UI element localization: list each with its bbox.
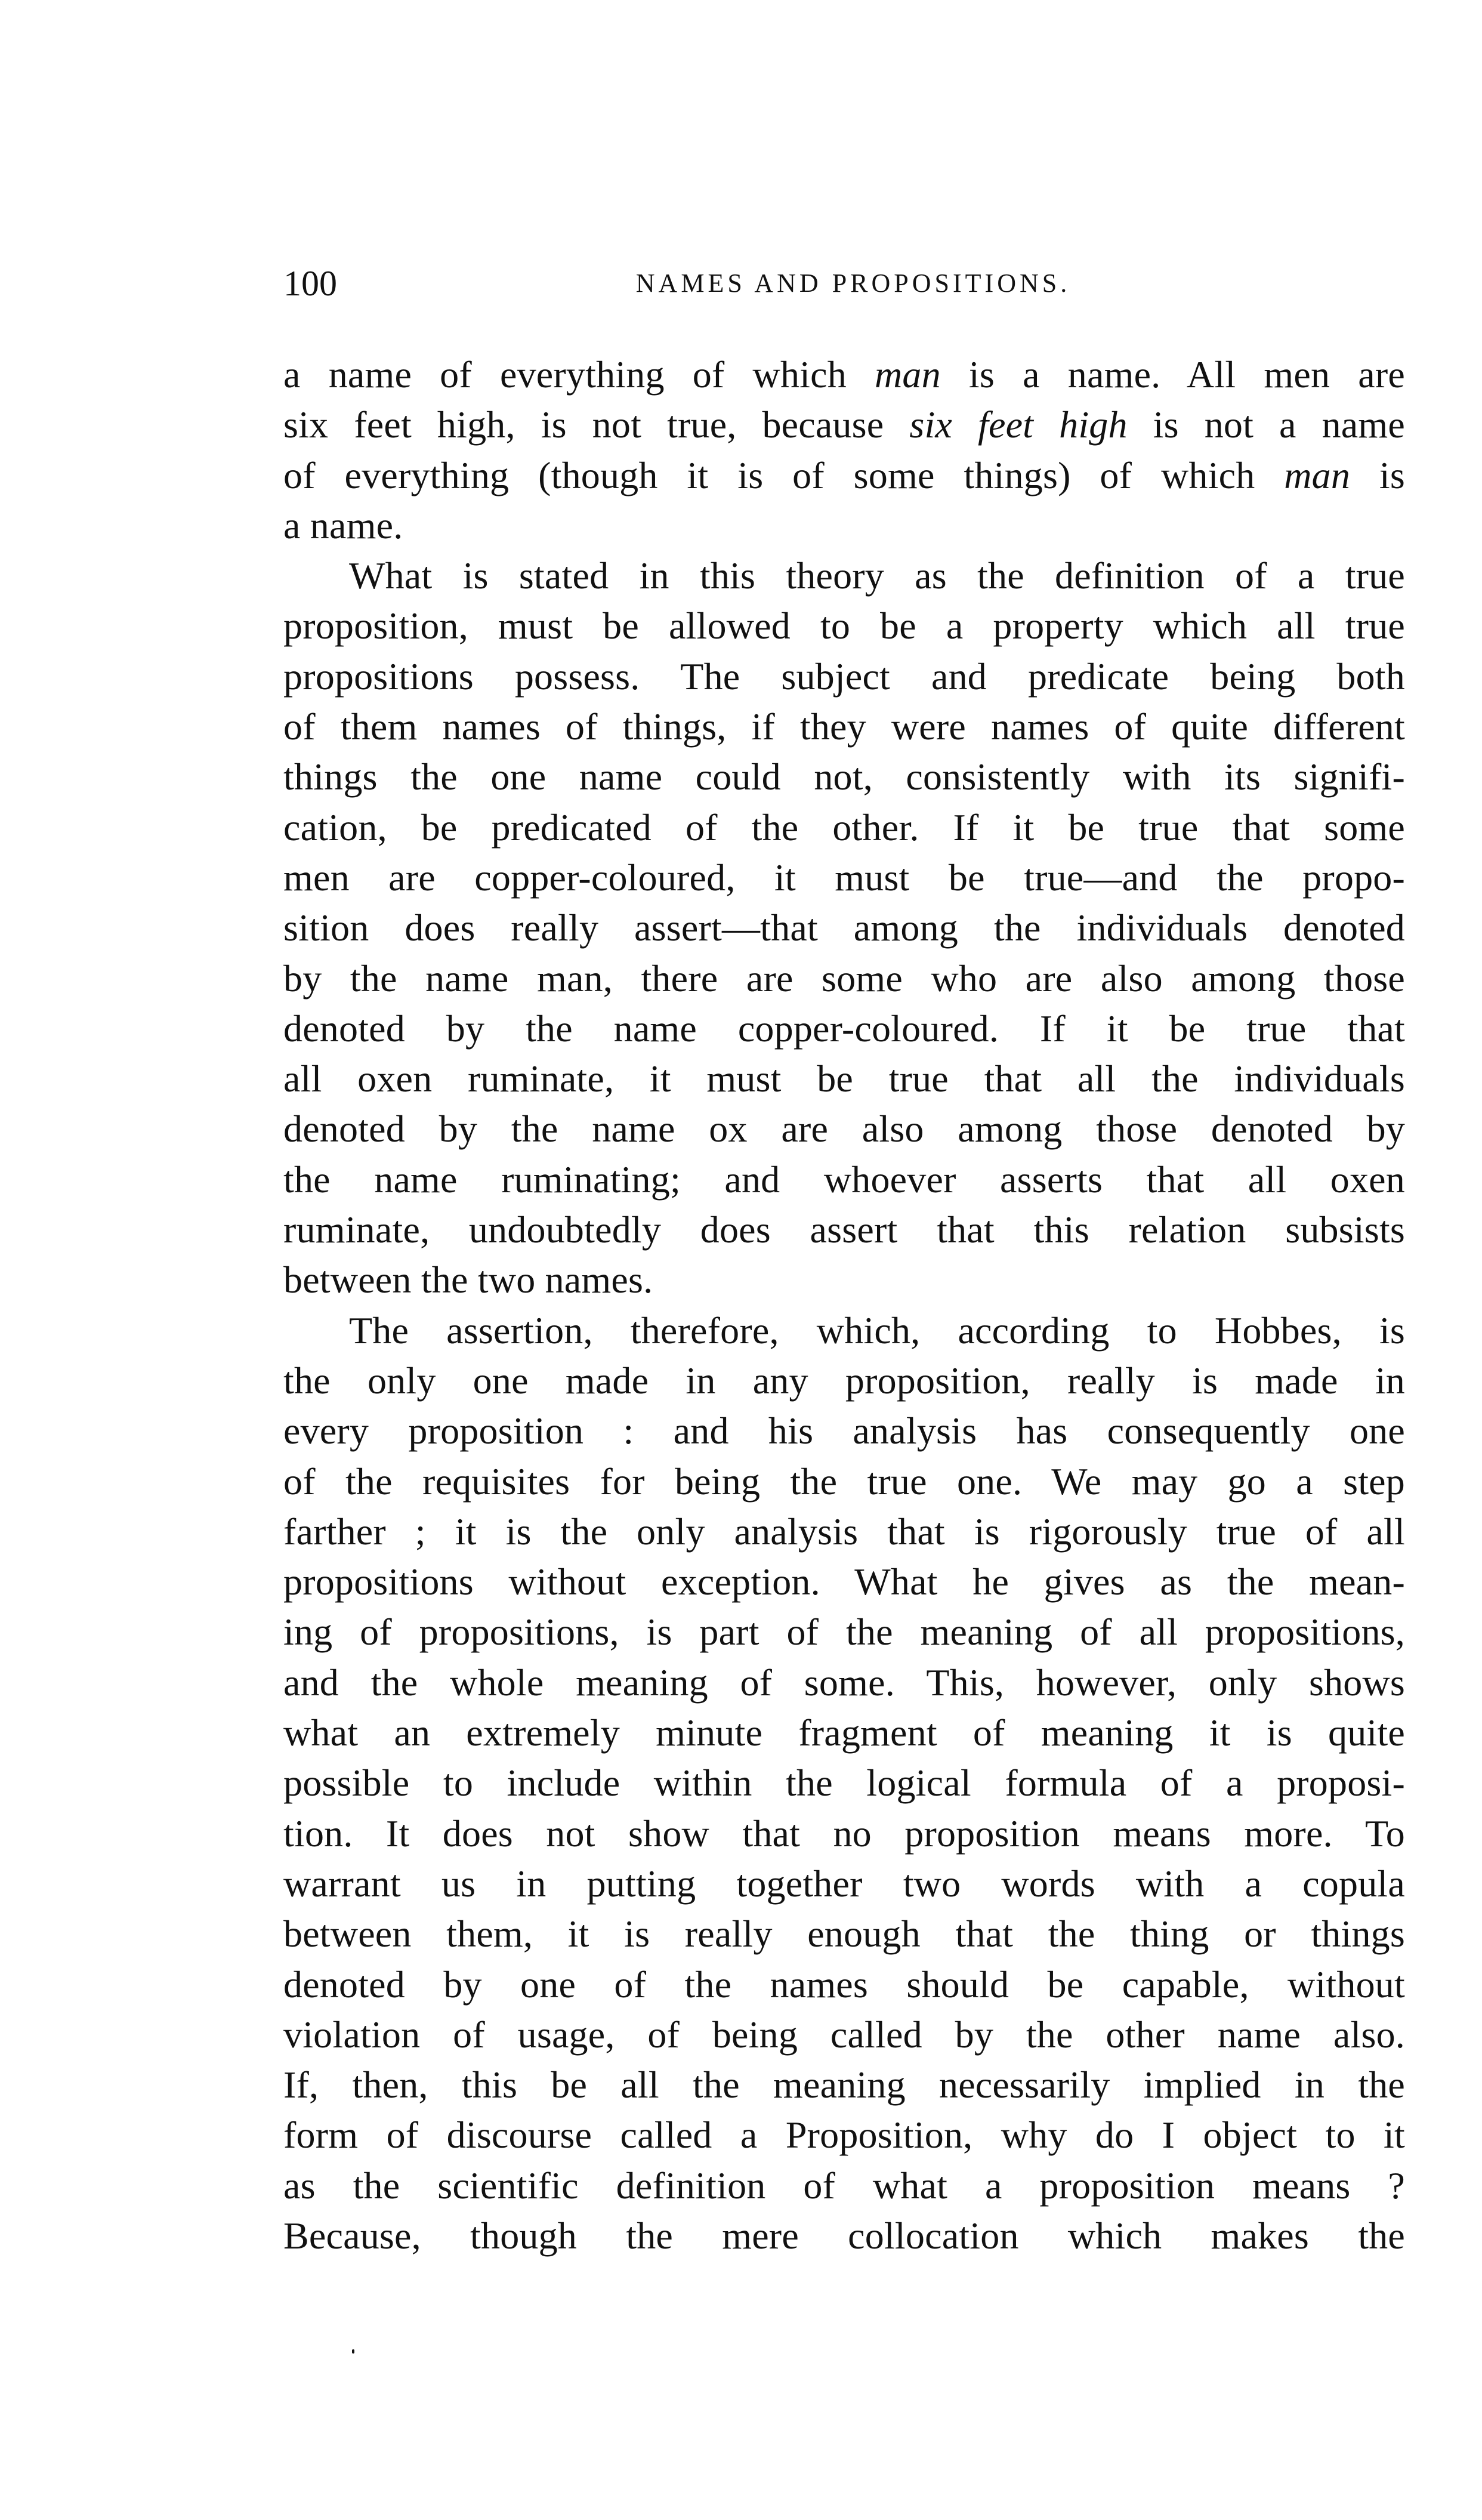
text-run: propositions possess. The subject and pr… (283, 655, 1405, 698)
text-run: ruminate, undoubtedly does assert that t… (283, 1208, 1405, 1251)
text-line: men are copper-coloured, it must be true… (283, 853, 1405, 903)
text-run: The assertion, therefore, which, accordi… (349, 1309, 1405, 1352)
text-run: what an extremely minute fragment of mea… (283, 1711, 1405, 1754)
text-line: possible to include within the logical f… (283, 1758, 1405, 1808)
text-run: is (1350, 454, 1405, 496)
body-text: a name of everything of which man is a n… (283, 350, 1405, 2261)
text-run: tion. It does not show that no propositi… (283, 1812, 1405, 1855)
paragraph: What is stated in this theory as the def… (283, 551, 1405, 1305)
italic-term: man (1284, 454, 1350, 496)
text-run: denoted by one of the names should be ca… (283, 1963, 1405, 2006)
text-line: the only one made in any proposition, re… (283, 1356, 1405, 1406)
text-line: ruminate, undoubtedly does assert that t… (283, 1205, 1405, 1255)
text-line: and the whole meaning of some. This, how… (283, 1658, 1405, 1708)
text-line: of the requisites for being the true one… (283, 1457, 1405, 1507)
running-head: 100 NAMES AND PROPOSITIONS. (283, 257, 1405, 310)
text-run: men are copper-coloured, it must be true… (283, 856, 1405, 899)
text-line: by the name man, there are some who are … (283, 954, 1405, 1004)
text-run: by the name man, there are some who are … (283, 957, 1405, 1000)
text-line: denoted by the name copper-coloured. If … (283, 1004, 1405, 1054)
text-run: ing of propositions, is part of the mean… (283, 1611, 1405, 1653)
text-run: of them names of things, if they were na… (283, 705, 1405, 748)
text-run: between the two names. (283, 1259, 653, 1301)
text-run: and the whole meaning of some. This, how… (283, 1661, 1405, 1704)
text-line: propositions possess. The subject and pr… (283, 652, 1405, 702)
text-run: of the requisites for being the true one… (283, 1460, 1405, 1503)
text-line: of them names of things, if they were na… (283, 702, 1405, 752)
text-run: things the one name could not, consisten… (283, 755, 1405, 798)
text-run: propositions without exception. What he … (283, 1560, 1405, 1603)
text-line: sition does really assert—that among the… (283, 903, 1405, 953)
text-line: cation, be predicated of the other. If i… (283, 803, 1405, 853)
italic-term: man (875, 353, 941, 396)
text-line: The assertion, therefore, which, accordi… (283, 1306, 1405, 1356)
text-run: form of discourse called a Proposition, … (283, 2114, 1405, 2156)
text-run: the name ruminating; and whoever asserts… (283, 1158, 1405, 1201)
paragraph: The assertion, therefore, which, accordi… (283, 1306, 1405, 2262)
text-line: propositions without exception. What he … (283, 1557, 1405, 1607)
text-line: warrant us in putting together two words… (283, 1859, 1405, 1909)
text-line: Because, though the mere collocation whi… (283, 2211, 1405, 2261)
text-line: ing of propositions, is part of the mean… (283, 1607, 1405, 1657)
book-page: 100 NAMES AND PROPOSITIONS. a name of ev… (283, 257, 1405, 2261)
text-run: What is stated in this theory as the def… (349, 554, 1405, 597)
text-line: all oxen ruminate, it must be true that … (283, 1054, 1405, 1104)
text-run: is a name. All men are (941, 353, 1405, 396)
text-run: proposition, must be allowed to be a pro… (283, 604, 1405, 647)
text-run: Because, though the mere collocation whi… (283, 2214, 1405, 2257)
text-run: as the scientific definition of what a p… (283, 2164, 1405, 2207)
paragraph: a name of everything of which man is a n… (283, 350, 1405, 551)
running-title: NAMES AND PROPOSITIONS. (283, 257, 1405, 310)
text-run: violation of usage, of being called by t… (283, 2013, 1405, 2056)
text-line: as the scientific definition of what a p… (283, 2161, 1405, 2211)
text-line: of everything (though it is of some thin… (283, 451, 1405, 501)
text-run: cation, be predicated of the other. If i… (283, 806, 1405, 849)
text-run: the only one made in any proposition, re… (283, 1359, 1405, 1402)
text-line: things the one name could not, consisten… (283, 752, 1405, 802)
text-run: If, then, this be all the meaning necess… (283, 2063, 1405, 2106)
text-line: what an extremely minute fragment of mea… (283, 1708, 1405, 1758)
italic-term: six feet high (909, 403, 1127, 446)
text-line: proposition, must be allowed to be a pro… (283, 601, 1405, 651)
text-line: farther ; it is the only analysis that i… (283, 1507, 1405, 1557)
text-line: between the two names. (283, 1255, 1405, 1305)
stray-ink-mark (352, 2349, 354, 2354)
text-line: denoted by one of the names should be ca… (283, 1960, 1405, 2010)
text-line: If, then, this be all the meaning necess… (283, 2060, 1405, 2110)
text-run: possible to include within the logical f… (283, 1762, 1405, 1804)
text-run: denoted by the name copper-coloured. If … (283, 1007, 1405, 1050)
text-run: is not a name (1128, 403, 1405, 446)
text-run: every proposition : and his analysis has… (283, 1409, 1405, 1452)
text-line: the name ruminating; and whoever asserts… (283, 1155, 1405, 1205)
text-line: a name of everything of which man is a n… (283, 350, 1405, 400)
text-line: a name. (283, 501, 1405, 551)
text-line: denoted by the name ox are also among th… (283, 1104, 1405, 1154)
text-run: six feet high, is not true, because (283, 403, 909, 446)
text-run: all oxen ruminate, it must be true that … (283, 1057, 1405, 1100)
text-run: of everything (though it is of some thin… (283, 454, 1284, 496)
text-line: every proposition : and his analysis has… (283, 1406, 1405, 1456)
text-line: form of discourse called a Proposition, … (283, 2110, 1405, 2160)
text-line: What is stated in this theory as the def… (283, 551, 1405, 601)
text-line: between them, it is really enough that t… (283, 1909, 1405, 1959)
text-line: tion. It does not show that no propositi… (283, 1809, 1405, 1859)
text-run: farther ; it is the only analysis that i… (283, 1510, 1405, 1553)
text-run: warrant us in putting together two words… (283, 1862, 1405, 1905)
text-run: denoted by the name ox are also among th… (283, 1108, 1405, 1150)
text-run: a name of everything of which (283, 353, 875, 396)
text-run: between them, it is really enough that t… (283, 1913, 1405, 1955)
text-line: violation of usage, of being called by t… (283, 2010, 1405, 2060)
text-run: sition does really assert—that among the… (283, 906, 1405, 949)
text-line: six feet high, is not true, because six … (283, 400, 1405, 450)
text-run: a name. (283, 504, 403, 547)
